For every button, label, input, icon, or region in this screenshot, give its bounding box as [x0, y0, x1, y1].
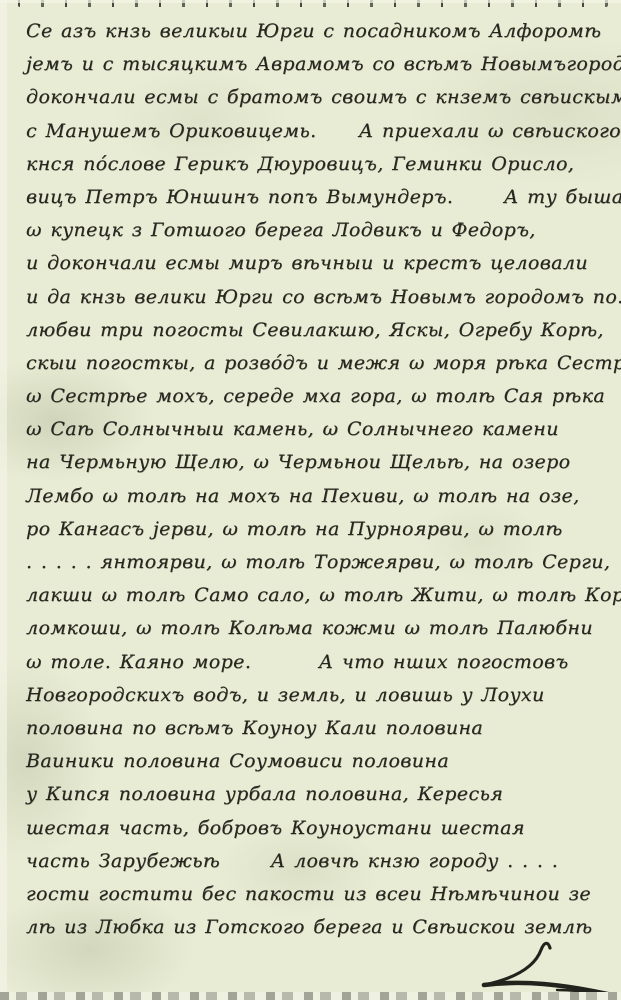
- manuscript-line: вицъ Петръ Юншинъ попъ Вымундеръ. А ту б…: [26, 181, 609, 214]
- manuscript-line: шестая часть, бобровъ Коуноустани шестая: [26, 812, 609, 845]
- cropped-text-remnant-top: [18, 0, 608, 7]
- manuscript-line: ω купецк з Готшого берега Лодвикъ и Федо…: [26, 214, 609, 247]
- manuscript-line: . . . . . янтоярви, ω толѣ Торжеярви, ω …: [26, 546, 609, 579]
- cropped-text-remnant-bottom: [0, 992, 621, 1000]
- manuscript-line: половина по всѣмъ Коуноу Кали половина: [26, 712, 609, 745]
- manuscript-line: на Чермьную Щелю, ω Чермьнои Щельѣ, на о…: [26, 446, 609, 479]
- manuscript-line: гости гостити бес пакости из всеи Нѣмѣчи…: [26, 878, 609, 911]
- manuscript-line: Се азъ кнзь великыи Юрги с посадникомъ А…: [26, 15, 609, 48]
- manuscript-line: Ваиники половина Соумовиси половина: [26, 745, 609, 778]
- manuscript-line: и да кнзь велики Юрги со всѣмъ Новымъ го…: [26, 281, 609, 314]
- manuscript-line: лакши ω толѣ Само сало, ω толѣ Жити, ω т…: [26, 579, 609, 612]
- manuscript-line: с Манушемъ Ориковицемь. А приехали ω свѣ…: [26, 115, 609, 148]
- manuscript-line: любви три погосты Севилакшю, Яскы, Огреб…: [26, 314, 609, 347]
- manuscript-line: кнся по́слове Герикъ Дюуровицъ, Геминки …: [26, 148, 609, 181]
- manuscript-line: ломкоши, ω толѣ Колѣма кожми ω толѣ Палю…: [26, 612, 609, 645]
- manuscript-line: ω толе. Каяно море. А что нших погостовъ: [26, 646, 609, 679]
- manuscript-line: Новгородскихъ водъ, и земль, и ловишь у …: [26, 679, 609, 712]
- manuscript-text-block: Се азъ кнзь великыи Юрги с посадникомъ А…: [26, 15, 609, 944]
- manuscript-line: ω Саѣ Солнычныи камень, ω Солнычнего кам…: [26, 413, 609, 446]
- manuscript-line: часть Зарубежьѣ А ловчѣ кнзю городу . . …: [26, 845, 609, 878]
- signature-flourish: [462, 938, 617, 998]
- manuscript-line: ро Кангасъ јерви, ω толѣ на Пурноярви, ω…: [26, 513, 609, 546]
- manuscript-line: Лембо ω толѣ на мохъ на Пехиви, ω толѣ н…: [26, 480, 609, 513]
- manuscript-line: јемъ и с тысяцкимъ Аврамомъ со всѣмъ Нов…: [26, 48, 609, 81]
- manuscript-line: докончали есмы с братомъ своимъ с кнземъ…: [26, 81, 609, 114]
- manuscript-line: и докончали есмы миръ вѣчныи и крестъ це…: [26, 247, 609, 280]
- manuscript-page: Се азъ кнзь великыи Юрги с посадникомъ А…: [0, 0, 621, 1000]
- manuscript-line: ω Сестрѣе мохъ, середе мха гора, ω толѣ …: [26, 380, 609, 413]
- manuscript-line: скыи погосткы, а розво́дъ и межя ω моря …: [26, 347, 609, 380]
- manuscript-line: у Кипся половина урбала половина, Кересь…: [26, 778, 609, 811]
